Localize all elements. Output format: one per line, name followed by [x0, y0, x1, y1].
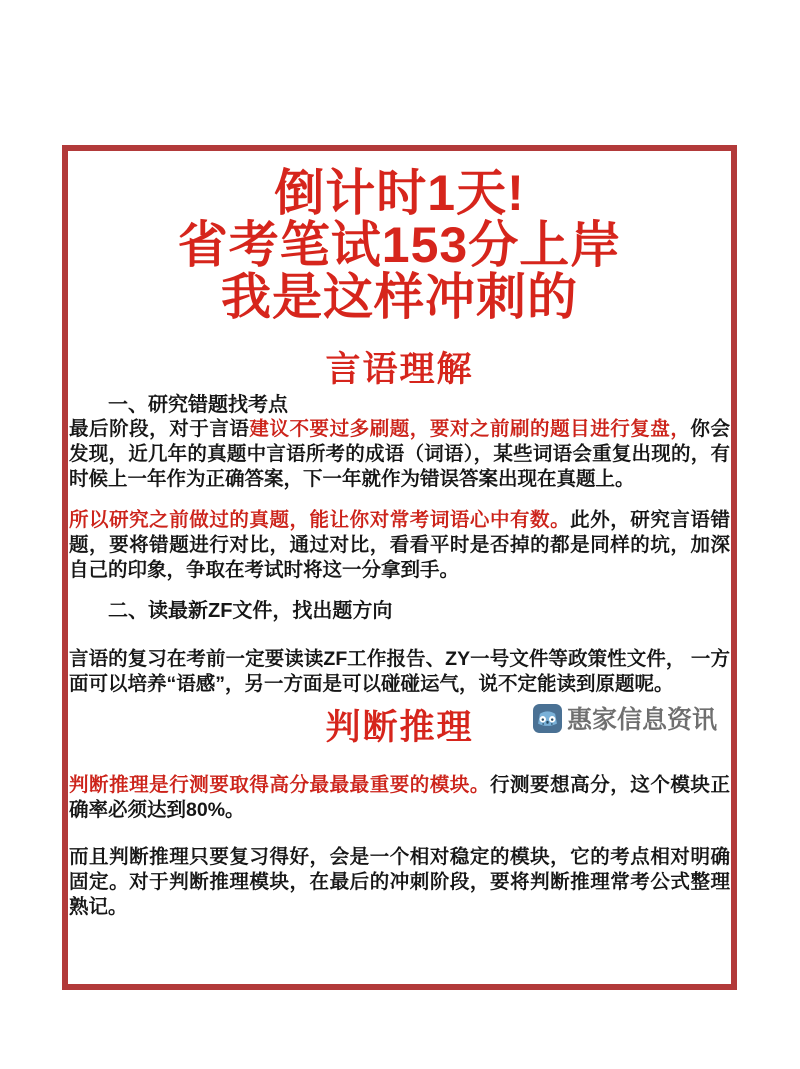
watermark-label: 惠家信息资讯 — [567, 700, 717, 736]
poster-frame: 倒计时1天!省考笔试153分上岸我是这样冲刺的 言语理解 一、研究错题找考点 最… — [62, 145, 737, 990]
paragraph-speech-1: 最后阶段，对于言语建议不要过多刷题，要对之前刷的题目进行复盘，你会发现，近几年的… — [69, 417, 730, 492]
subheading-read-policy-documents: 二、读最新ZF文件，找出题方向 — [69, 599, 730, 623]
paragraph-judgment-2: 而且判断推理只要复习得好，会是一个相对稳定的模块，它的考点相对明确固定。对于判断… — [69, 845, 730, 920]
text-segment-highlight: 所以研究之前做过的真题，能让你对常考词语心中有数。 — [69, 509, 570, 531]
paragraph-speech-2: 所以研究之前做过的真题，能让你对常考词语心中有数。此外，研究言语错题，要将错题进… — [69, 508, 730, 583]
paragraph-speech-3: 言语的复习在考前一定要读读ZF工作报告、ZY一号文件等政策性文件， 一方面可以培… — [69, 647, 730, 697]
robot-badge-icon — [533, 704, 562, 733]
poster-page: 倒计时1天!省考笔试153分上岸我是这样冲刺的 言语理解 一、研究错题找考点 最… — [0, 0, 800, 1069]
paragraph-judgment-1: 判断推理是行测要取得高分最最最重要的模块。行测要想高分，这个模块正确率必须达到8… — [69, 773, 730, 823]
text-segment-highlight: 建议不要过多刷题，要对之前刷的题目进行复盘， — [249, 418, 690, 440]
poster-title: 倒计时1天!省考笔试153分上岸我是这样冲刺的 — [69, 167, 730, 323]
watermark-badge: 惠家信息资讯 — [533, 700, 717, 736]
section-heading-speech-comprehension: 言语理解 — [69, 349, 730, 391]
title-line-1: 倒计时1天! — [274, 165, 524, 221]
title-line-3: 我是这样冲刺的 — [221, 269, 578, 325]
text-segment: 最后阶段，对于言语 — [69, 418, 249, 440]
title-line-2: 省考笔试153分上岸 — [178, 217, 621, 273]
text-segment-highlight: 判断推理是行测要取得高分最最最重要的模块。 — [69, 774, 490, 796]
subheading-study-wrong-questions: 一、研究错题找考点 — [69, 393, 730, 417]
